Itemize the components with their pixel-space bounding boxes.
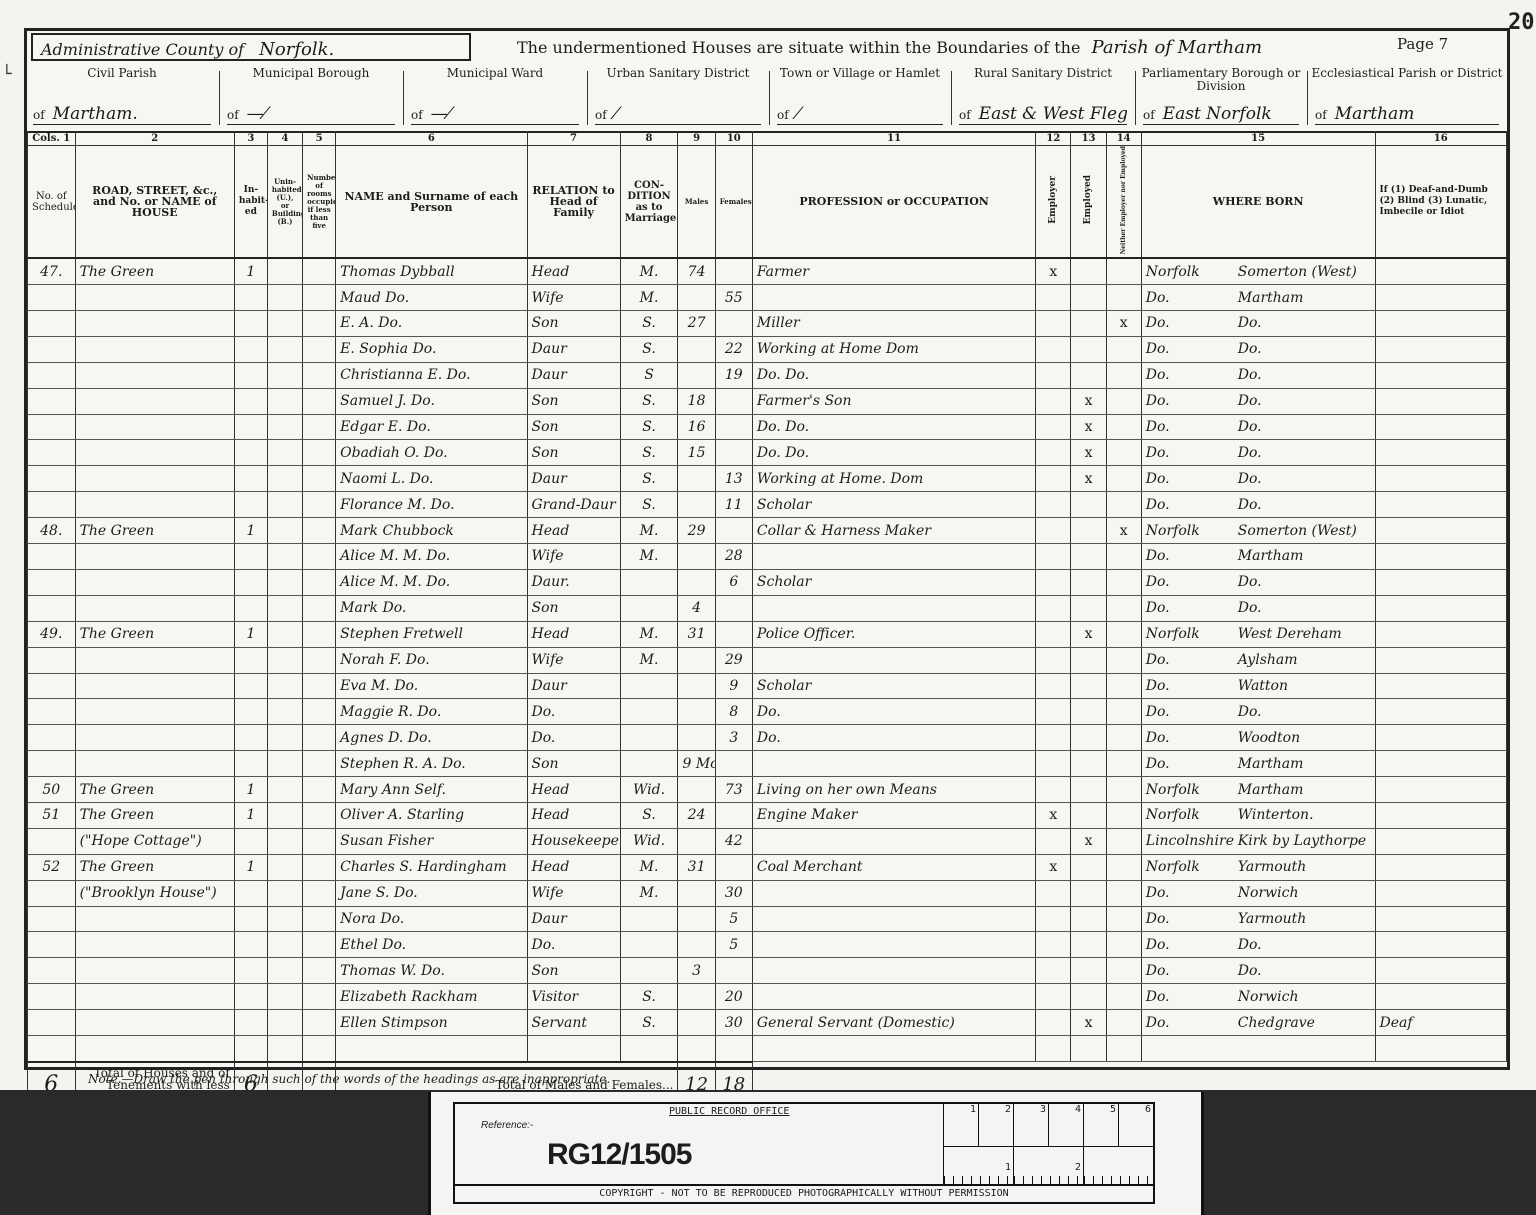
district-value: ⁄ <box>607 104 618 124</box>
house-address <box>75 440 234 466</box>
occupation <box>752 751 1035 777</box>
schedule-number: 51 <box>28 802 76 828</box>
employer-mark <box>1036 362 1071 388</box>
district-label: Civil Parish <box>27 67 217 80</box>
uninhabited-mark <box>267 984 302 1010</box>
infirmity <box>1375 647 1507 673</box>
house-address <box>75 958 234 984</box>
born-county: Do. <box>1146 497 1238 513</box>
table-row: Florance M. Do.Grand-DaurS.11ScholarDo.D… <box>28 492 1507 518</box>
occupation: Engine Maker <box>752 802 1035 828</box>
infirmity <box>1375 932 1507 958</box>
schedule-number <box>28 751 76 777</box>
relation-to-head: Head <box>527 777 620 803</box>
copyright-notice: COPYRIGHT - NOT TO BE REPRODUCED PHOTOGR… <box>455 1184 1153 1202</box>
header-females: Females <box>715 146 752 259</box>
occupation <box>752 1035 1035 1061</box>
header-name: NAME and Surname of each Person <box>336 146 527 259</box>
female-age: 55 <box>715 285 752 311</box>
person-name: Florance M. Do. <box>336 492 527 518</box>
table-row: ("Brooklyn House")Jane S. Do.WifeM.30Do.… <box>28 880 1507 906</box>
schedule-number <box>28 673 76 699</box>
uninhabited-mark <box>267 647 302 673</box>
margin-mark: └ <box>2 64 12 83</box>
person-name: Maud Do. <box>336 285 527 311</box>
employer-mark <box>1036 958 1071 984</box>
male-age: 3 <box>678 958 715 984</box>
born-county: Do. <box>1146 885 1238 901</box>
header-road: ROAD, STREET, &c., and No. or NAME of HO… <box>75 146 234 259</box>
district-value: East & West Flegg <box>971 104 1127 124</box>
person-name: Stephen R. A. Do. <box>336 751 527 777</box>
where-born: Do.Yarmouth <box>1141 906 1375 932</box>
born-place: Woodton <box>1238 730 1300 746</box>
district-label: Rural Sanitary District <box>953 67 1133 80</box>
person-name: Ellen Stimpson <box>336 1010 527 1036</box>
born-county: Do. <box>1146 574 1238 590</box>
person-name: Stephen Fretwell <box>336 621 527 647</box>
infirmity <box>1375 466 1507 492</box>
house-address: The Green <box>75 621 234 647</box>
infirmity <box>1375 725 1507 751</box>
where-born: Do.Norwich <box>1141 880 1375 906</box>
inhabited-count <box>234 362 267 388</box>
header-inhabited: In-habit-ed <box>234 146 267 259</box>
rooms-count <box>303 311 336 337</box>
female-age: 19 <box>715 362 752 388</box>
female-age <box>715 518 752 544</box>
table-row <box>28 1035 1507 1061</box>
male-age: 18 <box>678 388 715 414</box>
where-born: Do.Do. <box>1141 388 1375 414</box>
county-box: Administrative County of Norfolk. <box>31 33 471 61</box>
born-place: Do. <box>1238 704 1262 720</box>
table-row: Alice M. M. Do.Daur.6ScholarDo.Do. <box>28 569 1507 595</box>
infirmity <box>1375 595 1507 621</box>
where-born: Do.Do. <box>1141 958 1375 984</box>
rooms-count <box>303 440 336 466</box>
neither-mark <box>1106 1035 1141 1061</box>
uninhabited-mark <box>267 958 302 984</box>
marital-condition: M. <box>620 518 678 544</box>
where-born: Do.Aylsham <box>1141 647 1375 673</box>
uninhabited-mark <box>267 1035 302 1061</box>
employer-mark <box>1036 699 1071 725</box>
table-row: Nora Do.Daur5Do.Yarmouth <box>28 906 1507 932</box>
relation-to-head: Do. <box>527 699 620 725</box>
female-age: 20 <box>715 984 752 1010</box>
marital-condition: S. <box>620 1010 678 1036</box>
male-age <box>678 725 715 751</box>
employed-mark <box>1071 906 1106 932</box>
uninhabited-mark <box>267 828 302 854</box>
employer-mark <box>1036 906 1071 932</box>
house-address <box>75 311 234 337</box>
male-age <box>678 362 715 388</box>
neither-mark <box>1106 569 1141 595</box>
male-age: 4 <box>678 595 715 621</box>
district-value: East Norfolk <box>1155 104 1272 124</box>
infirmity <box>1375 621 1507 647</box>
infirmity <box>1375 984 1507 1010</box>
relation-to-head <box>527 1035 620 1061</box>
header-males: Males <box>678 146 715 259</box>
relation-to-head: Son <box>527 440 620 466</box>
neither-mark <box>1106 699 1141 725</box>
born-place: Norwich <box>1238 989 1299 1005</box>
born-county: Do. <box>1146 600 1238 616</box>
employer-mark <box>1036 518 1071 544</box>
born-place: Do. <box>1238 471 1262 487</box>
table-row: 49.The Green1Stephen FretwellHeadM.31Pol… <box>28 621 1507 647</box>
inhabited-count <box>234 906 267 932</box>
born-county: Norfolk <box>1146 782 1238 798</box>
occupation <box>752 544 1035 570</box>
table-row: Elizabeth RackhamVisitorS.20Do.Norwich <box>28 984 1507 1010</box>
female-age <box>715 854 752 880</box>
person-name: Norah F. Do. <box>336 647 527 673</box>
born-county: Do. <box>1146 1015 1238 1031</box>
born-county: Do. <box>1146 367 1238 383</box>
col-num: 5 <box>303 131 336 146</box>
house-address <box>75 544 234 570</box>
marital-condition: Wid. <box>620 777 678 803</box>
rooms-count <box>303 569 336 595</box>
schedule-number <box>28 492 76 518</box>
inhabited-count <box>234 673 267 699</box>
male-age: 24 <box>678 802 715 828</box>
male-age <box>678 1035 715 1061</box>
header-uninhabited: Unin-habited (U.), or Building (B.) <box>267 146 302 259</box>
district-label: Ecclesiastical Parish or District <box>1309 67 1505 80</box>
employed-mark <box>1071 492 1106 518</box>
female-age <box>715 751 752 777</box>
inhabited-count <box>234 285 267 311</box>
col-num: 16 <box>1375 131 1507 146</box>
relation-to-head: Do. <box>527 932 620 958</box>
inhabited-count <box>234 440 267 466</box>
neither-mark <box>1106 1010 1141 1036</box>
reference-label: Reference:- <box>481 1120 533 1131</box>
rooms-count <box>303 647 336 673</box>
male-age: 31 <box>678 854 715 880</box>
relation-to-head: Daur <box>527 362 620 388</box>
schedule-number: 49. <box>28 621 76 647</box>
relation-to-head: Son <box>527 958 620 984</box>
employed-mark <box>1071 544 1106 570</box>
infirmity <box>1375 958 1507 984</box>
col-num: 10 <box>715 131 752 146</box>
person-name: Eva M. Do. <box>336 673 527 699</box>
neither-mark <box>1106 984 1141 1010</box>
house-address <box>75 285 234 311</box>
census-rows: 47.The Green1Thomas DybballHeadM.74Farme… <box>28 258 1507 1062</box>
female-age: 30 <box>715 880 752 906</box>
uninhabited-mark <box>267 440 302 466</box>
neither-mark <box>1106 388 1141 414</box>
schedule-number: 52 <box>28 854 76 880</box>
inhabited-count <box>234 880 267 906</box>
rooms-count <box>303 802 336 828</box>
employer-mark: x <box>1036 802 1071 828</box>
col-num: 15 <box>1141 131 1375 146</box>
occupation <box>752 958 1035 984</box>
female-age: 5 <box>715 932 752 958</box>
relation-to-head: Son <box>527 751 620 777</box>
where-born <box>1141 1035 1375 1061</box>
female-age <box>715 595 752 621</box>
neither-mark <box>1106 362 1141 388</box>
schedule-number <box>28 311 76 337</box>
born-place: Somerton (West) <box>1238 523 1357 539</box>
infirmity <box>1375 777 1507 803</box>
table-row: Ethel Do.Do.5Do.Do. <box>28 932 1507 958</box>
marital-condition <box>620 958 678 984</box>
house-address <box>75 1010 234 1036</box>
employer-mark <box>1036 777 1071 803</box>
born-place: Watton <box>1238 678 1288 694</box>
infirmity <box>1375 1035 1507 1061</box>
born-county: Norfolk <box>1146 626 1238 642</box>
inhabited-count <box>234 595 267 621</box>
uninhabited-mark <box>267 544 302 570</box>
occupation: Do. <box>752 699 1035 725</box>
rooms-count <box>303 518 336 544</box>
infirmity <box>1375 285 1507 311</box>
born-county: Do. <box>1146 548 1238 564</box>
born-county: Norfolk <box>1146 807 1238 823</box>
male-age <box>678 1010 715 1036</box>
of-prefix: of <box>777 108 789 122</box>
house-address: The Green <box>75 802 234 828</box>
neither-mark <box>1106 285 1141 311</box>
district-urban-sanitary: Urban Sanitary District of⁄ <box>589 65 767 131</box>
rooms-count <box>303 906 336 932</box>
scale-mark: 2 <box>1014 1146 1084 1186</box>
where-born: NorfolkYarmouth <box>1141 854 1375 880</box>
inhabited-count <box>234 569 267 595</box>
house-address <box>75 336 234 362</box>
infirmity: Deaf <box>1375 1010 1507 1036</box>
female-age: 28 <box>715 544 752 570</box>
uninhabited-mark <box>267 285 302 311</box>
uninhabited-mark <box>267 466 302 492</box>
relation-to-head: Daur <box>527 466 620 492</box>
female-age: 8 <box>715 699 752 725</box>
infirmity <box>1375 492 1507 518</box>
rooms-count <box>303 828 336 854</box>
schedule-number <box>28 595 76 621</box>
schedule-number <box>28 1010 76 1036</box>
person-name: Jane S. Do. <box>336 880 527 906</box>
employer-mark <box>1036 414 1071 440</box>
district-label: Parliamentary Borough or Division <box>1137 67 1305 93</box>
where-born: Do.Do. <box>1141 699 1375 725</box>
neither-mark <box>1106 544 1141 570</box>
born-place: Do. <box>1238 315 1262 331</box>
employer-mark <box>1036 1035 1071 1061</box>
born-place: Kirk by Laythorpe <box>1238 833 1366 849</box>
occupation: Scholar <box>752 492 1035 518</box>
where-born: NorfolkSomerton (West) <box>1141 258 1375 284</box>
district-value: Martham <box>1327 104 1415 124</box>
born-county: Do. <box>1146 911 1238 927</box>
employed-mark <box>1071 311 1106 337</box>
reference-code: RG12/1505 <box>547 1138 691 1172</box>
relation-to-head: Servant <box>527 1010 620 1036</box>
uninhabited-mark <box>267 362 302 388</box>
header-condition: CON-DITION as to Marriage <box>620 146 678 259</box>
inhabited-count: 1 <box>234 518 267 544</box>
male-age <box>678 932 715 958</box>
person-name: Susan Fisher <box>336 828 527 854</box>
born-county: Do. <box>1146 341 1238 357</box>
infirmity <box>1375 388 1507 414</box>
rooms-count <box>303 854 336 880</box>
person-name: E. A. Do. <box>336 311 527 337</box>
rooms-count <box>303 751 336 777</box>
where-born: NorfolkSomerton (West) <box>1141 518 1375 544</box>
female-age: 5 <box>715 906 752 932</box>
neither-mark <box>1106 906 1141 932</box>
male-age: 15 <box>678 440 715 466</box>
uninhabited-mark <box>267 311 302 337</box>
marital-condition: M. <box>620 880 678 906</box>
occupation: Working at Home. Dom <box>752 466 1035 492</box>
marital-condition: S. <box>620 492 678 518</box>
marital-condition <box>620 1035 678 1061</box>
inhabited-count <box>234 544 267 570</box>
born-place: Do. <box>1238 963 1262 979</box>
female-age <box>715 414 752 440</box>
employed-mark <box>1071 880 1106 906</box>
marital-condition <box>620 595 678 621</box>
relation-to-head: Daur <box>527 906 620 932</box>
born-county: Do. <box>1146 937 1238 953</box>
where-born: Do.Do. <box>1141 932 1375 958</box>
header-occupation: PROFESSION or OCCUPATION <box>752 146 1035 259</box>
employed-mark <box>1071 285 1106 311</box>
employed-mark <box>1071 984 1106 1010</box>
female-age <box>715 621 752 647</box>
where-born: NorfolkWest Dereham <box>1141 621 1375 647</box>
house-address: ("Hope Cottage") <box>75 828 234 854</box>
col-num: 14 <box>1106 131 1141 146</box>
boundary-statement: The undermentioned Houses are situate wi… <box>517 37 1262 58</box>
female-age <box>715 388 752 414</box>
employer-mark <box>1036 466 1071 492</box>
district-value: Martham. <box>45 104 138 124</box>
rooms-count <box>303 932 336 958</box>
relation-to-head: Son <box>527 311 620 337</box>
occupation <box>752 906 1035 932</box>
infirmity <box>1375 751 1507 777</box>
employer-mark <box>1036 1010 1071 1036</box>
district-value: ⁄ <box>789 104 800 124</box>
born-place: Aylsham <box>1238 652 1298 668</box>
district-row: Civil Parish ofMartham. Municipal Boroug… <box>27 65 1507 133</box>
occupation <box>752 984 1035 1010</box>
employer-mark <box>1036 673 1071 699</box>
born-county: Norfolk <box>1146 523 1238 539</box>
of-prefix: of <box>1143 108 1155 122</box>
marital-condition: S <box>620 362 678 388</box>
district-civil-parish: Civil Parish ofMartham. <box>27 65 217 131</box>
born-place: Winterton. <box>1238 807 1314 823</box>
marital-condition: M. <box>620 285 678 311</box>
table-row: Norah F. Do.WifeM.29Do.Aylsham <box>28 647 1507 673</box>
marital-condition <box>620 673 678 699</box>
col-num: 4 <box>267 131 302 146</box>
table-row: ("Hope Cottage")Susan FisherHousekeeperW… <box>28 828 1507 854</box>
born-place: Do. <box>1238 574 1262 590</box>
born-county: Do. <box>1146 445 1238 461</box>
district-municipal-borough: Municipal Borough of—⁄ <box>221 65 401 131</box>
table-row: Alice M. M. Do.WifeM.28Do.Martham <box>28 544 1507 570</box>
employed-mark: x <box>1071 621 1106 647</box>
rooms-count <box>303 1010 336 1036</box>
female-age: 9 <box>715 673 752 699</box>
employed-mark <box>1071 777 1106 803</box>
occupation: Working at Home Dom <box>752 336 1035 362</box>
employer-mark <box>1036 725 1071 751</box>
neither-mark <box>1106 621 1141 647</box>
born-place: Do. <box>1238 445 1262 461</box>
female-age: 11 <box>715 492 752 518</box>
employer-mark <box>1036 595 1071 621</box>
person-name: Edgar E. Do. <box>336 414 527 440</box>
employer-mark <box>1036 440 1071 466</box>
uninhabited-mark <box>267 906 302 932</box>
marital-condition: M. <box>620 544 678 570</box>
infirmity <box>1375 258 1507 284</box>
schedule-number <box>28 958 76 984</box>
schedule-number <box>28 285 76 311</box>
infirmity <box>1375 854 1507 880</box>
where-born: Do.Norwich <box>1141 984 1375 1010</box>
col-num: 6 <box>336 131 527 146</box>
inhabited-count <box>234 751 267 777</box>
house-address <box>75 906 234 932</box>
rooms-count <box>303 621 336 647</box>
born-county: Norfolk <box>1146 859 1238 875</box>
employer-mark <box>1036 285 1071 311</box>
male-age <box>678 285 715 311</box>
occupation <box>752 647 1035 673</box>
person-name: Naomi L. Do. <box>336 466 527 492</box>
occupation: Scholar <box>752 569 1035 595</box>
rooms-count <box>303 880 336 906</box>
occupation <box>752 932 1035 958</box>
born-place: Somerton (West) <box>1238 264 1357 280</box>
employer-mark <box>1036 311 1071 337</box>
table-row: 51The Green1Oliver A. StarlingHeadS.24En… <box>28 802 1507 828</box>
occupation: Farmer's Son <box>752 388 1035 414</box>
employer-mark: x <box>1036 258 1071 284</box>
neither-mark: x <box>1106 311 1141 337</box>
male-age <box>678 544 715 570</box>
district-value: —⁄ <box>239 104 267 124</box>
neither-mark <box>1106 673 1141 699</box>
infirmity <box>1375 828 1507 854</box>
header-schedule: No. of Schedule <box>28 146 76 259</box>
relation-to-head: Son <box>527 388 620 414</box>
occupation: Collar & Harness Maker <box>752 518 1035 544</box>
employer-mark <box>1036 984 1071 1010</box>
of-prefix: of <box>227 108 239 122</box>
house-address <box>75 932 234 958</box>
male-age: 29 <box>678 518 715 544</box>
